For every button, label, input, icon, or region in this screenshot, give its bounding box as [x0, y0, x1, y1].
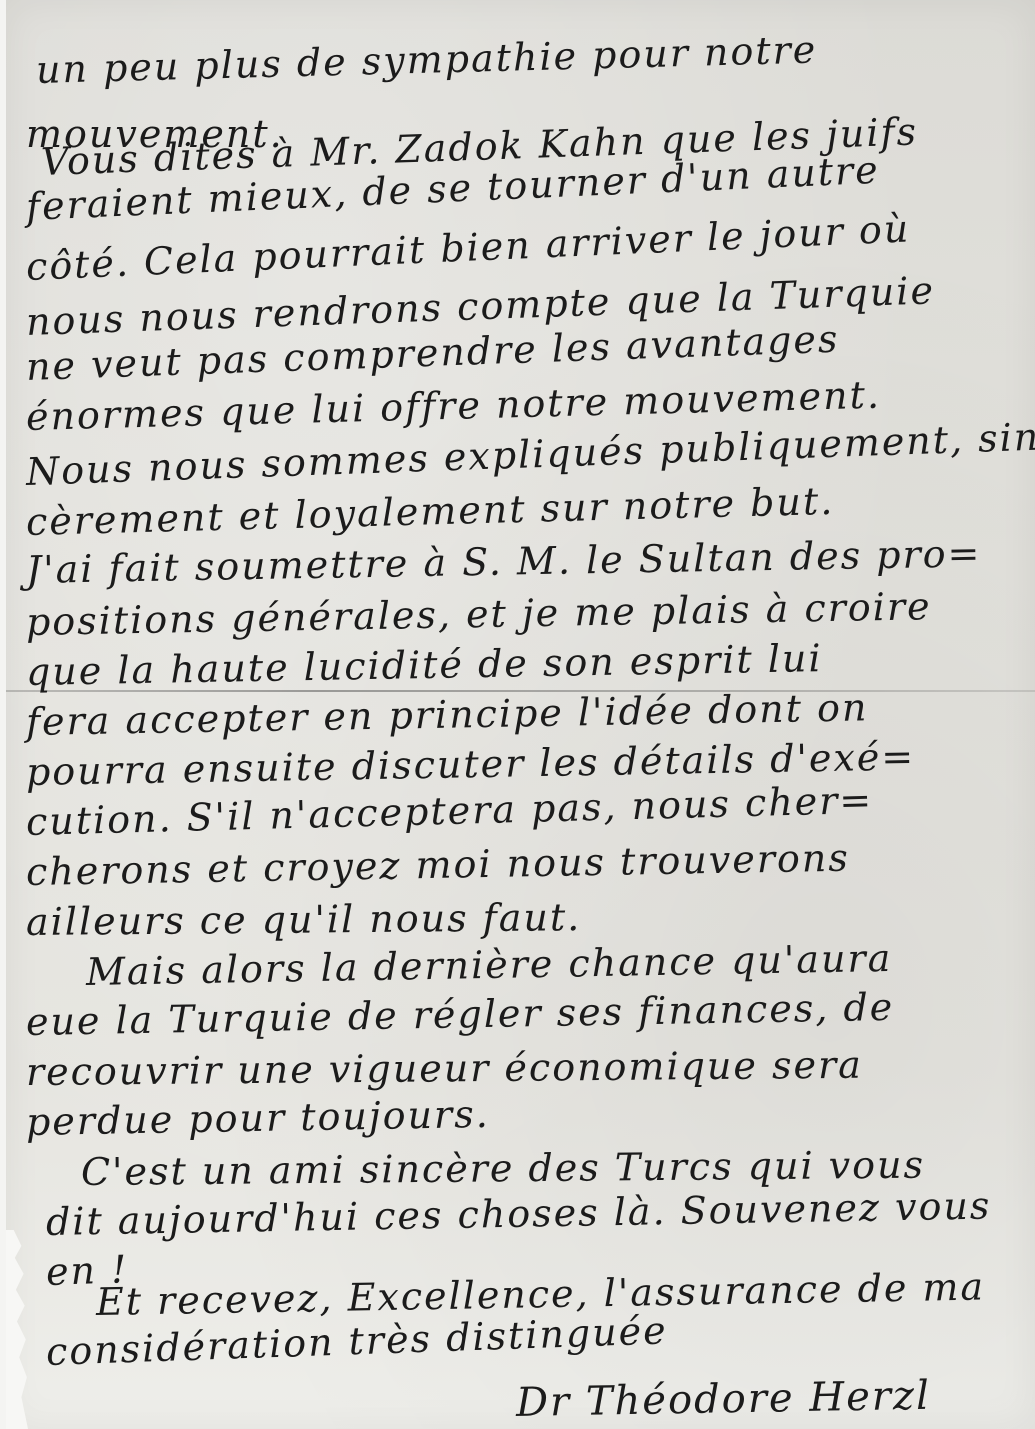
letter-line: cherons et croyez moi nous trouverons: [26, 836, 851, 894]
letter-line: J'ai fait soumettre à S. M. le Sultan de…: [26, 531, 982, 592]
letter-line: eue la Turquie de régler ses finances, d…: [26, 985, 895, 1044]
signature: Dr Théodore Herzl: [516, 1373, 932, 1426]
letter-page: un peu plus de sympathie pour notre mouv…: [6, 0, 1035, 1429]
letter-line: ailleurs ce qu'il nous faut.: [26, 895, 582, 944]
letter-line: que la haute lucidité de son esprit lui: [26, 636, 823, 694]
torn-paper-edge: [6, 1230, 28, 1429]
letter-line: fera accepter en principe l'idée dont on: [26, 685, 869, 744]
letter-line: perdue pour toujours.: [26, 1092, 490, 1144]
letter-line: positions générales, et je me plais à cr…: [26, 584, 932, 644]
letter-line: recouvrir une vigueur économique sera: [26, 1043, 863, 1094]
letter-line: Mais alors la dernière chance qu'aura: [86, 936, 893, 994]
letter-line: un peu plus de sympathie pour notre: [35, 28, 817, 92]
